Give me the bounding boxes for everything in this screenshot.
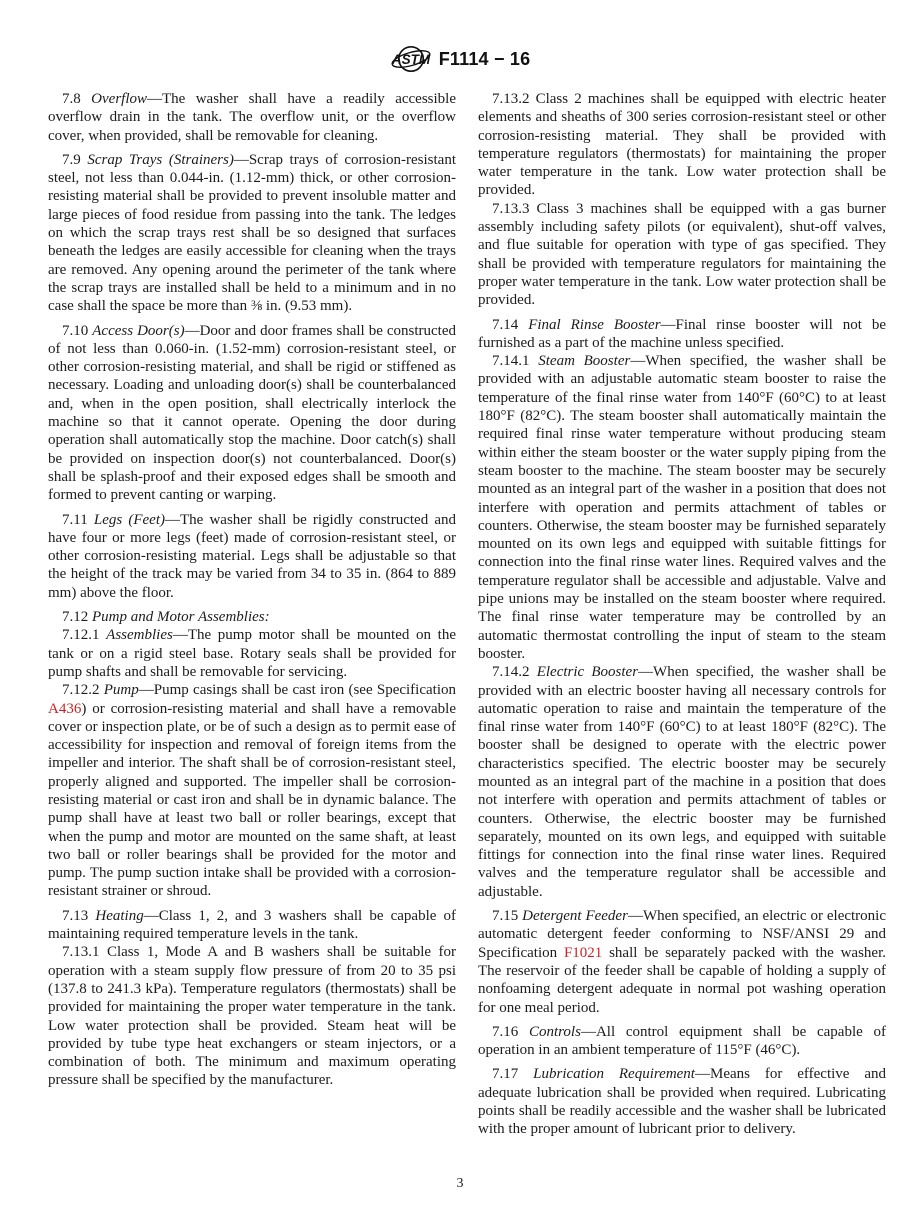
section-title: Scrap Trays (Strainers) bbox=[87, 152, 234, 168]
right-column: 7.13.2 Class 2 machines shall be equippe… bbox=[478, 90, 886, 1139]
astm-logo-icon: ASTM bbox=[390, 43, 432, 75]
text-run: 7.17 bbox=[492, 1066, 533, 1082]
paragraph: 7.9 Scrap Trays (Strainers)—Scrap trays … bbox=[48, 151, 456, 316]
paragraph: 7.17 Lubrication Requirement—Means for e… bbox=[478, 1065, 886, 1138]
text-run: 7.13.3 Class 3 machines shall be equippe… bbox=[478, 201, 886, 308]
section-title: Lubrication Requirement bbox=[533, 1066, 695, 1082]
text-run: —When specified, the washer shall be pro… bbox=[478, 664, 886, 900]
text-run: 7.16 bbox=[492, 1024, 529, 1040]
paragraph: 7.13.3 Class 3 machines shall be equippe… bbox=[478, 200, 886, 310]
paragraph: 7.12.2 Pump—Pump casings shall be cast i… bbox=[48, 681, 456, 901]
text-run: ) or corrosion-resisting material and sh… bbox=[48, 701, 456, 900]
section-title: Detergent Feeder bbox=[522, 908, 628, 924]
text-run: 7.14.1 bbox=[492, 353, 538, 369]
section-title: Legs (Feet) bbox=[94, 512, 165, 528]
paragraph: 7.12.1 Assemblies—The pump motor shall b… bbox=[48, 626, 456, 681]
text-run: —Pump casings shall be cast iron (see Sp… bbox=[139, 682, 456, 698]
text-run: 7.12 bbox=[62, 609, 92, 625]
paragraph: 7.13.2 Class 2 machines shall be equippe… bbox=[478, 90, 886, 200]
text-run: 7.12.2 bbox=[62, 682, 104, 698]
section-title: Pump and Motor Assemblies: bbox=[92, 609, 270, 625]
page-number: 3 bbox=[457, 1176, 464, 1191]
paragraph: 7.14 Final Rinse Booster—Final rinse boo… bbox=[478, 316, 886, 353]
text-run: 7.8 bbox=[62, 91, 91, 107]
text-run: 7.9 bbox=[62, 152, 87, 168]
section-title: Access Door(s) bbox=[92, 323, 184, 339]
text-run: 7.13.2 Class 2 machines shall be equippe… bbox=[478, 91, 886, 198]
paragraph: 7.14.2 Electric Booster—When specified, … bbox=[478, 663, 886, 901]
paragraph: 7.11 Legs (Feet)—The washer shall be rig… bbox=[48, 511, 456, 602]
text-run: 7.14.2 bbox=[492, 664, 537, 680]
page-footer: 3 bbox=[0, 1176, 920, 1192]
spec-link[interactable]: A436 bbox=[48, 701, 81, 717]
text-run: 7.10 bbox=[62, 323, 92, 339]
paragraph: 7.13 Heating—Class 1, 2, and 3 washers s… bbox=[48, 907, 456, 944]
spec-link[interactable]: F1021 bbox=[564, 945, 602, 961]
text-run: —Door and door frames shall be construct… bbox=[48, 323, 456, 504]
document-page: ASTM F1114 − 16 7.8 Overflow—The washer … bbox=[0, 0, 920, 1232]
text-run: 7.15 bbox=[492, 908, 522, 924]
text-run: —Scrap trays of corrosion-resistant stee… bbox=[48, 152, 456, 314]
text-run: 7.13.1 Class 1, Mode A and B washers sha… bbox=[48, 944, 456, 1088]
paragraph: 7.14.1 Steam Booster—When specified, the… bbox=[478, 352, 886, 663]
section-title: Steam Booster bbox=[538, 353, 630, 369]
paragraph: 7.10 Access Door(s)—Door and door frames… bbox=[48, 322, 456, 505]
left-column: 7.8 Overflow—The washer shall have a rea… bbox=[48, 90, 456, 1139]
section-title: Final Rinse Booster bbox=[528, 317, 660, 333]
astm-logo-text: ASTM bbox=[391, 52, 431, 67]
text-run: 7.11 bbox=[62, 512, 94, 528]
paragraph: 7.12 Pump and Motor Assemblies: bbox=[48, 608, 456, 626]
section-title: Overflow bbox=[91, 91, 147, 107]
document-body: 7.8 Overflow—The washer shall have a rea… bbox=[48, 90, 886, 1139]
text-run: 7.13 bbox=[62, 908, 95, 924]
document-code: F1114 − 16 bbox=[439, 49, 531, 70]
paragraph: 7.13.1 Class 1, Mode A and B washers sha… bbox=[48, 943, 456, 1089]
section-title: Assemblies bbox=[106, 627, 173, 643]
paragraph: 7.16 Controls—All control equipment shal… bbox=[478, 1023, 886, 1060]
paragraph: 7.8 Overflow—The washer shall have a rea… bbox=[48, 90, 456, 145]
section-title: Heating bbox=[95, 908, 143, 924]
section-title: Pump bbox=[104, 682, 139, 698]
text-run: 7.12.1 bbox=[62, 627, 106, 643]
page-header: ASTM F1114 − 16 bbox=[0, 42, 920, 76]
section-title: Controls bbox=[529, 1024, 581, 1040]
paragraph: 7.15 Detergent Feeder—When specified, an… bbox=[478, 907, 886, 1017]
text-run: 7.14 bbox=[492, 317, 528, 333]
section-title: Electric Booster bbox=[537, 664, 638, 680]
text-run: —When specified, the washer shall be pro… bbox=[478, 353, 886, 662]
